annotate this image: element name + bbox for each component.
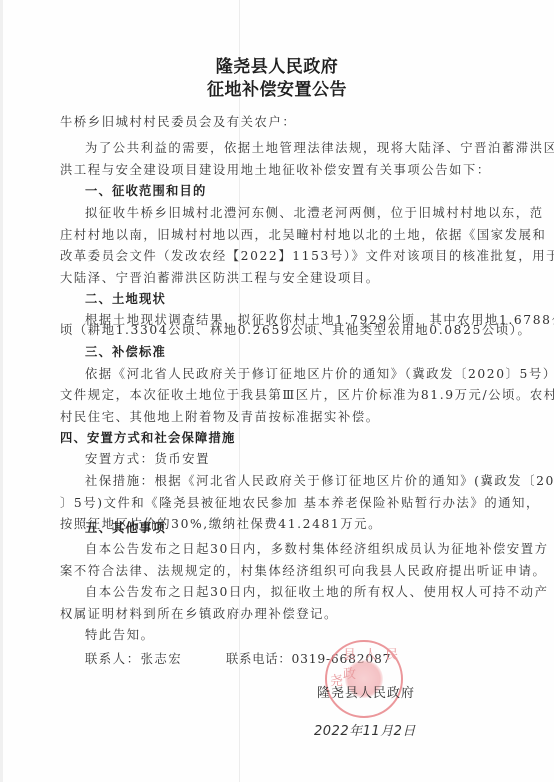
section-5-line-2: 案不符合法律、法规规定的，村集体经济组织可向我县人民政府提出听证申请。: [60, 563, 475, 579]
scan-edge: [0, 0, 3, 782]
closing-remark: 特此告知。: [85, 627, 475, 643]
section-5-line-1: 自本公告发布之日起30日内，多数村集体经济组织成员认为征地补偿安置方: [85, 541, 475, 557]
section-4-line-3: 〕5号)文件和《隆尧县被征地农民参加 基本养老保险补贴暂行办法》的通知，: [60, 495, 475, 511]
section-3-line-3: 村民住宅、其他地上附着物及青苗按标准据实补偿。: [60, 409, 475, 425]
section-1-line-4: 大陆泽、宁晋泊蓄滞洪区防洪工程与安全建设项目。: [60, 270, 475, 286]
section-4-line-2: 社保措施：根据《河北省人民政府关于修订征地区片价的通知》(冀政发〔2020: [85, 473, 475, 489]
section-1-line-3: 改革委员会文件（发改农经【2022】1153号）》文件对该项目的核准批复，用于: [60, 248, 475, 264]
salutation: 牛桥乡旧城村村民委员会及有关农户：: [60, 114, 475, 130]
section-4-heading: 四、安置方式和社会保障措施: [60, 430, 475, 446]
section-1-line-2: 庄村村地以南，旧城村村地以西，北吴疃村村地以北的土地，依据《国家发展和: [60, 227, 475, 243]
issuer-signature: 隆尧县人民政府: [317, 682, 415, 701]
section-3-heading: 三、补偿标准: [85, 344, 475, 360]
section-1-line-1: 拟征收牛桥乡旧城村北澧河东侧、北澧老河两侧，位于旧城村村地以东，范: [85, 205, 475, 221]
issue-date: 2022年11月2日: [314, 720, 416, 739]
official-seal-icon: 县 人 民 政 尧: [325, 640, 403, 718]
section-3-line-2: 文件规定，本次征收土地位于我县第Ⅲ区片，区片价标准为81.9万元/公顷。农村: [60, 387, 475, 403]
section-3-line-1: 依据《河北省人民政府关于修订征地区片价的通知》（冀政发〔2020〕5号）: [85, 366, 475, 382]
seal-text-top: 县 人 民 政: [343, 644, 401, 682]
document-page: 隆尧县人民政府 征地补偿安置公告 牛桥乡旧城村村民委员会及有关农户： 为了公共利…: [0, 0, 554, 782]
contact-person: 联系人：张志宏: [85, 649, 182, 667]
intro-line-1: 为了公共利益的需要，依据土地管理法律法规，现将大陆泽、宁晋泊蓄滞洪区防: [85, 140, 475, 156]
section-4-line-1: 安置方式：货币安置: [85, 451, 475, 467]
section-5-line-3: 自本公告发布之日起30日内，拟征收土地的所有权人、使用权人可持不动产: [85, 584, 475, 600]
section-5-line-4: 权属证明材料到所在乡镇政府办理补偿登记。: [60, 606, 475, 622]
title-subject: 征地补偿安置公告: [0, 75, 554, 100]
section-5-heading: 五、其他事项: [85, 520, 475, 536]
section-2-heading: 二、土地现状: [85, 291, 475, 307]
section-1-heading: 一、征收范围和目的: [85, 183, 475, 199]
section-2-line-2: 顷（耕地1.3304公顷、林地0.2659公顷、其他类型农用地0.0825公顷）…: [60, 322, 475, 338]
intro-line-2: 洪工程与安全建设项目建设用地土地征收补偿安置有关事项公告如下：: [60, 162, 475, 178]
title-issuer: 隆尧县人民政府: [0, 52, 554, 77]
